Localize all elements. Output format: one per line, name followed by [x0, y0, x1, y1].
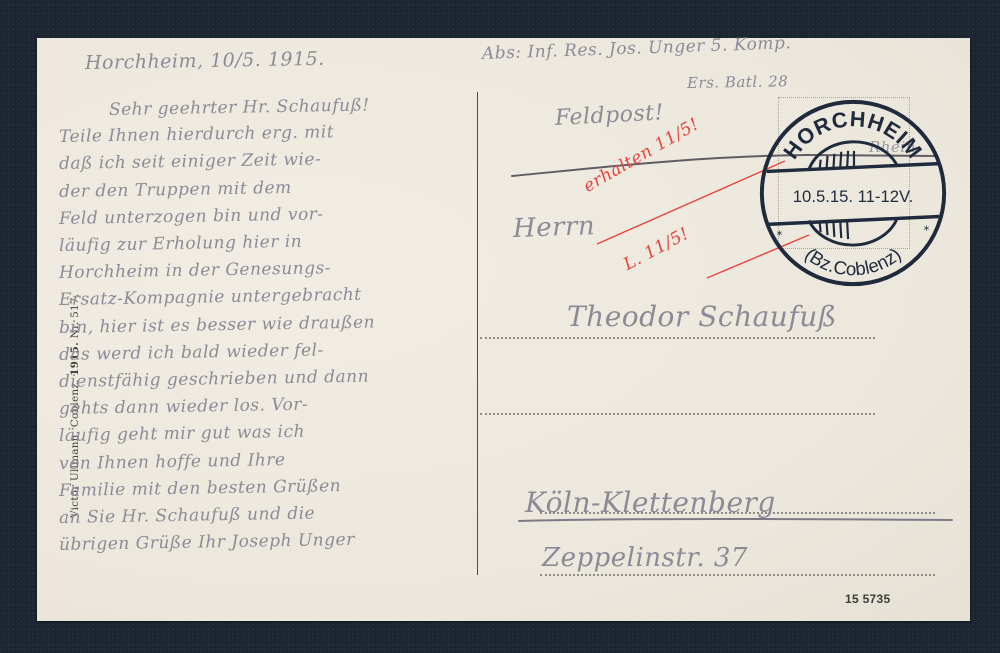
message-line: dienstfähig geschrieben und dann	[59, 367, 369, 392]
svg-text:*: *	[777, 228, 783, 242]
message-line: läufig geht mir gut was ich	[59, 422, 305, 446]
message-line: gehts dann wieder los. Vor-	[59, 395, 309, 419]
message-line: Ersatz-Kompagnie untergebracht	[59, 285, 362, 310]
address-street: Zeppelinstr. 37	[542, 543, 748, 573]
message-line: Teile Ihnen hierdurch erg. mit	[59, 122, 334, 147]
feldpost-mark: Feldpost!	[554, 100, 664, 131]
address-name: Theodor Schaufuß	[567, 300, 837, 333]
place-date: Horchheim, 10/5. 1915.	[85, 48, 325, 74]
postmark: HORCHHEIM 10.5.15. 11-12V. (Bz.Coblenz) …	[755, 95, 951, 291]
message-line: Horchheim in der Genesungs-	[59, 258, 331, 283]
message-line: an Sie Hr. Schaufuß und die	[59, 504, 316, 528]
svg-text:*: *	[924, 223, 930, 237]
address-line	[480, 413, 875, 415]
sender-line-2: Ers. Batl. 28	[687, 72, 789, 92]
message-line: Feld unterzogen bin und vor-	[59, 204, 324, 229]
message-line: Familie mit den besten Grüßen	[59, 476, 342, 501]
card-number: 15 5735	[845, 592, 890, 606]
message-line: läufig zur Erholung hier in	[59, 232, 302, 256]
postcard-back: Victor Ullmann, Coblenz. 1915. Nr. 517. …	[37, 38, 970, 621]
postmark-datetime: 10.5.15. 11-12V.	[793, 187, 913, 206]
message-line: der den Truppen mit dem	[59, 178, 292, 202]
vertical-divider	[477, 92, 478, 575]
sender-line-1: Abs: Inf. Res. Jos. Unger 5. Komp.	[482, 33, 792, 64]
address-line	[480, 337, 875, 339]
message-line: bin, hier ist es besser wie draußen	[59, 312, 375, 338]
address-salutation: Herrn	[512, 211, 595, 244]
message-line: das werd ich bald wieder fel-	[59, 340, 324, 365]
message-line: von Ihnen hoffe und Ihre	[59, 450, 286, 474]
address-line	[540, 574, 935, 576]
address-city: Köln-Klettenberg	[525, 486, 776, 519]
message-line: übrigen Grüße Ihr Joseph Unger	[59, 530, 355, 555]
answered-annotation: L. 11/5!	[620, 224, 692, 275]
postmark-district: (Bz.Coblenz)	[801, 244, 905, 280]
message-line: Sehr geehrter Hr. Schaufuß!	[109, 95, 370, 120]
message-line: daß ich seit einiger Zeit wie-	[59, 150, 322, 175]
svg-text:(Bz.Coblenz): (Bz.Coblenz)	[801, 244, 905, 280]
